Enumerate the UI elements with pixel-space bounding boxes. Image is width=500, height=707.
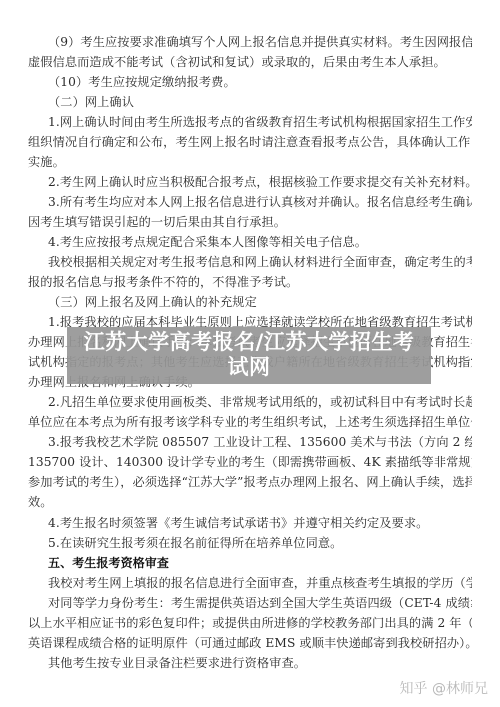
document-line: 5.在读研究生报考须在报名前征得所在培养单位同意。	[48, 536, 472, 550]
document-line: 3.报考我校艺术学院 085507 工业设计工程、135600 美术与书法（方向…	[48, 435, 472, 449]
document-line: 实施。	[28, 155, 472, 169]
document-line: 对同等学力身份考生：考生需提供英语达到全国大学生英语四级（CET-4 成绩≥42…	[48, 596, 472, 610]
document-line: 1.网上确认时间由考生所选报考点的省级教育招生考试机构根据国家招生工作安排和本地…	[48, 115, 472, 129]
document-line: 4.考生应按报考点规定配合采集本人图像等相关电子信息。	[48, 235, 472, 249]
document-line: （三）网上报名及网上确认的补充规定	[48, 295, 472, 309]
document-line: （二）网上确认	[48, 95, 472, 109]
watermark: 知乎 @林师兄	[400, 678, 488, 698]
document-line: 以上水平相应证书的彩色复印件；或提供由所进修的学校教务部门出具的满 2 年（4 …	[28, 616, 472, 630]
document-line: 组织情况自行确定和公布，考生网上报名时请注意查看报考点公告，具体确认工作由相关报…	[28, 135, 472, 149]
document-line: 2.凡招生单位要求使用画板类、非常规考试用纸的，或初试科目中有考试时长超过三小时…	[48, 395, 472, 409]
document-line: 参加考试的考生），必须选择“江苏大学”报考点办理网上报名、网上确认手续，选择其他…	[28, 475, 472, 489]
document-line: 报的报名信息与报考条件不符的，不得准予考试。	[28, 275, 472, 289]
document-line: 我校根据相关规定对考生报考信息和网上确认材料进行全面审查，确定考生的考试资格。考…	[48, 255, 472, 269]
banner-title-line1: 江苏大学高考报名/江苏大学招生考	[67, 330, 431, 355]
document-line: 效。	[28, 495, 472, 509]
title-banner-text: 江苏大学高考报名/江苏大学招生考 试网	[67, 327, 431, 384]
document-line: 3.所有考生均应对本人网上报名信息进行认真核对并确认。报名信息经考生确认后一律不…	[48, 195, 472, 209]
document-line: 英语课程成绩合格的证明原件（可通过邮政 EMS 或顺丰快递邮寄到我校研招办）。	[28, 636, 472, 650]
document-line: （10）考生应按规定缴纳报考费。	[48, 75, 472, 89]
document-line: 我校对考生网上填报的报名信息进行全面审查，并重点核查考生填报的学历（学籍）信息。	[48, 576, 472, 590]
document-line: 2.考生网上确认时应当积极配合报考点，根据核验工作要求提交有关补充材料。	[48, 175, 472, 189]
section-heading: 五、考生报考资格审查	[48, 556, 472, 570]
document-line: 4.考生报名时须签署《考生诚信考试承诺书》并遵守相关约定及要求。	[48, 516, 472, 530]
banner-title-line2: 试网	[67, 355, 431, 380]
document-line: （9）考生应按要求准确填写个人网上报名信息并提供真实材料。考生因网报信息填写错误…	[48, 35, 472, 49]
document-line: 单位应在本考点为所有报考该学科专业的考生组织考试，上述考生须选择招生单位作为报考…	[28, 415, 472, 429]
document-line: 因考生填写错误引起的一切后果由其自行承担。	[28, 215, 472, 229]
document-line: 虚假信息而造成不能考试（含初试和复试）或录取的，后果由考生本人承担。	[28, 55, 472, 69]
document-line: 135700 设计、140300 设计学专业的考生（即需携带画板、4K 素描纸等…	[28, 455, 472, 469]
document-line: 其他考生按专业目录备注栏要求进行资格审查。	[48, 656, 472, 670]
